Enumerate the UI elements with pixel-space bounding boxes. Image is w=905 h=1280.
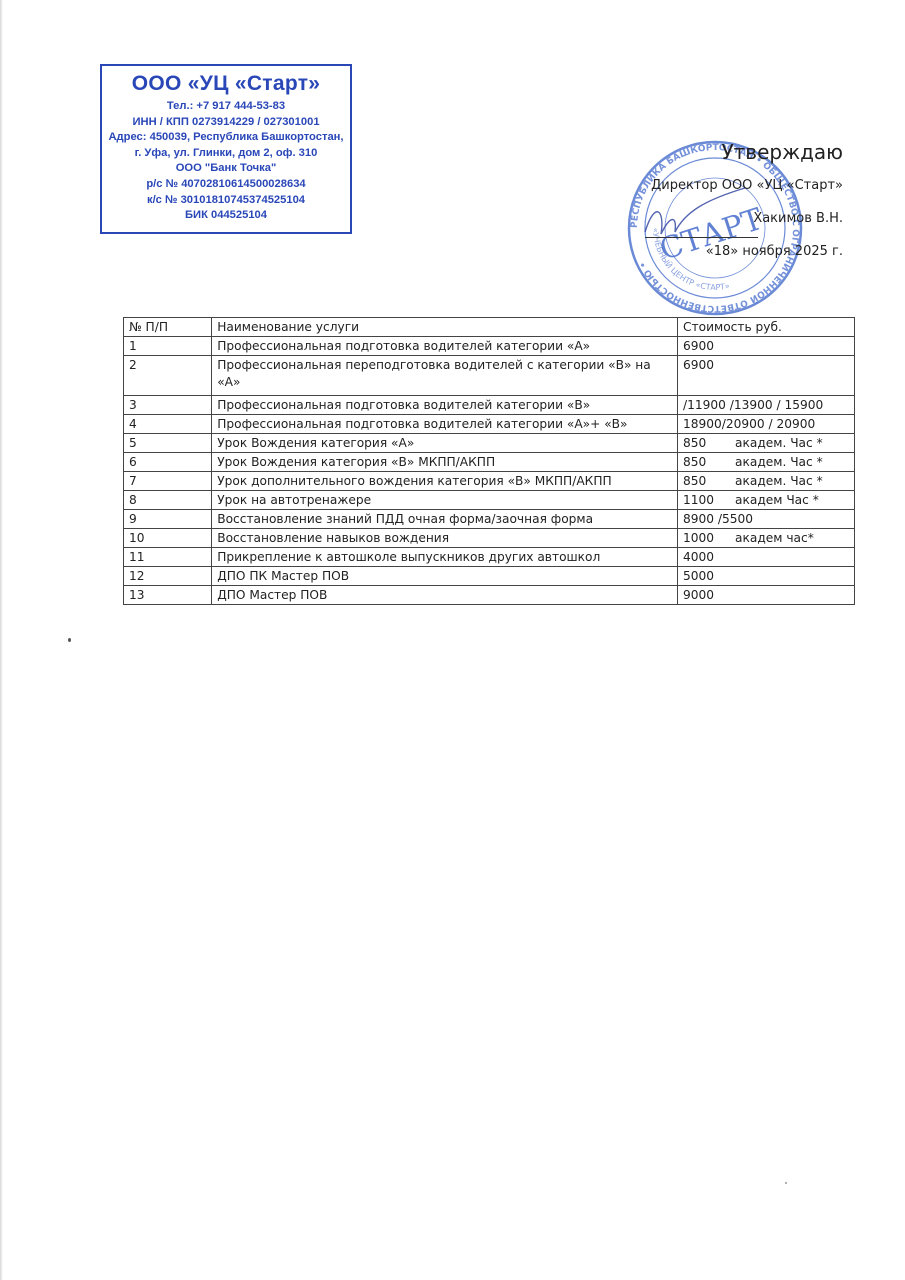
page-edge: [0, 0, 3, 1280]
row-number: 2: [124, 356, 212, 396]
header-number: № П/П: [124, 318, 212, 337]
price-unit: академ. Час *: [735, 454, 823, 471]
row-service: Урок Вождения категория «А»: [212, 434, 678, 453]
price-value: 6900: [683, 357, 727, 374]
company-address-1: Адрес: 450039, Республика Башкортостан,: [102, 130, 350, 146]
table-row: 12 ДПО ПК Мастер ПОВ 5000: [124, 567, 855, 586]
table-row: 13 ДПО Мастер ПОВ 9000: [124, 586, 855, 605]
company-bank: ООО "Банк Точка": [102, 161, 350, 177]
row-number: 1: [124, 337, 212, 356]
price-value: 18900/20900 / 20900: [683, 416, 815, 433]
company-name: ООО «УЦ «Старт»: [102, 72, 350, 96]
row-price: 6900: [678, 356, 855, 396]
row-number: 13: [124, 586, 212, 605]
table-row: 7 Урок дополнительного вождения категори…: [124, 472, 855, 491]
company-account: р/с № 40702810614500028634: [102, 177, 350, 193]
row-price: 9000: [678, 586, 855, 605]
row-number: 7: [124, 472, 212, 491]
row-service: Урок на автотренажере: [212, 491, 678, 510]
row-number: 10: [124, 529, 212, 548]
row-service: Восстановление навыков вождения: [212, 529, 678, 548]
table-row: 9 Восстановление знаний ПДД очная форма/…: [124, 510, 855, 529]
table-row: 11 Прикрепление к автошколе выпускников …: [124, 548, 855, 567]
row-number: 4: [124, 415, 212, 434]
row-service: Прикрепление к автошколе выпускников дру…: [212, 548, 678, 567]
header-service: Наименование услуги: [212, 318, 678, 337]
price-unit: академ. Час *: [735, 473, 823, 490]
row-price: 1000академ час*: [678, 529, 855, 548]
price-value: 1000: [683, 530, 727, 547]
row-price: 1100академ Час *: [678, 491, 855, 510]
price-unit: академ. Час *: [735, 435, 823, 452]
row-number: 8: [124, 491, 212, 510]
signature-line: [645, 237, 758, 238]
row-number: 12: [124, 567, 212, 586]
company-address-2: г. Уфа, ул. Глинки, дом 2, оф. 310: [102, 146, 350, 162]
row-number: 3: [124, 396, 212, 415]
company-stamp: ООО «УЦ «Старт» Тел.: +7 917 444-53-83 И…: [100, 64, 352, 234]
price-value: 9000: [683, 587, 727, 604]
row-number: 6: [124, 453, 212, 472]
approval-date: «18» ноября 2025 г.: [651, 244, 843, 259]
row-price: 8900 /5500: [678, 510, 855, 529]
row-service: Урок Вождения категория «В» МКПП/АКПП: [212, 453, 678, 472]
price-value: 850: [683, 435, 727, 452]
director-position: Директор ООО «УЦ «Старт»: [651, 178, 843, 193]
company-phone: Тел.: +7 917 444-53-83: [102, 99, 350, 115]
signatory-name: Хакимов В.Н.: [651, 211, 843, 226]
price-value: 850: [683, 473, 727, 490]
scan-speck: [68, 638, 71, 642]
price-unit: академ час*: [735, 530, 814, 547]
row-service: ДПО Мастер ПОВ: [212, 586, 678, 605]
price-table: № П/П Наименование услуги Стоимость руб.…: [123, 317, 855, 605]
row-price: 5000: [678, 567, 855, 586]
table-header-row: № П/П Наименование услуги Стоимость руб.: [124, 318, 855, 337]
header-price: Стоимость руб.: [678, 318, 855, 337]
row-service: Профессиональная подготовка водителей ка…: [212, 396, 678, 415]
table-row: 10 Восстановление навыков вождения 1000а…: [124, 529, 855, 548]
row-price: 850академ. Час *: [678, 453, 855, 472]
table-row: 2 Профессиональная переподготовка водите…: [124, 356, 855, 396]
approval-heading: Утверждаю: [651, 140, 843, 164]
price-value: 6900: [683, 338, 727, 355]
company-bik: БИК 044525104: [102, 208, 350, 224]
table-row: 4 Профессиональная подготовка водителей …: [124, 415, 855, 434]
row-price: 18900/20900 / 20900: [678, 415, 855, 434]
table-row: 8 Урок на автотренажере 1100академ Час *: [124, 491, 855, 510]
scan-speck: [785, 1182, 787, 1184]
company-inn-kpp: ИНН / КПП 0273914229 / 027301001: [102, 115, 350, 131]
row-service: ДПО ПК Мастер ПОВ: [212, 567, 678, 586]
row-number: 9: [124, 510, 212, 529]
price-value: 850: [683, 454, 727, 471]
row-price: 6900: [678, 337, 855, 356]
price-value: 1100: [683, 492, 727, 509]
price-value: 8900 /5500: [683, 511, 753, 528]
table-row: 6 Урок Вождения категория «В» МКПП/АКПП …: [124, 453, 855, 472]
row-number: 5: [124, 434, 212, 453]
price-unit: академ Час *: [735, 492, 819, 509]
row-service: Восстановление знаний ПДД очная форма/за…: [212, 510, 678, 529]
row-service: Профессиональная подготовка водителей ка…: [212, 337, 678, 356]
row-service: Урок дополнительного вождения категория …: [212, 472, 678, 491]
row-price: 850академ. Час *: [678, 434, 855, 453]
table-row: 3 Профессиональная подготовка водителей …: [124, 396, 855, 415]
row-service: Профессиональная подготовка водителей ка…: [212, 415, 678, 434]
company-corr-account: к/с № 30101810745374525104: [102, 193, 350, 209]
table-row: 5 Урок Вождения категория «А» 850академ.…: [124, 434, 855, 453]
price-value: 4000: [683, 549, 727, 566]
row-number: 11: [124, 548, 212, 567]
row-price: /11900 /13900 / 15900: [678, 396, 855, 415]
row-service: Профессиональная переподготовка водителе…: [212, 356, 678, 396]
price-value: 5000: [683, 568, 727, 585]
table-row: 1 Профессиональная подготовка водителей …: [124, 337, 855, 356]
price-value: /11900 /13900 / 15900: [683, 397, 823, 414]
row-price: 4000: [678, 548, 855, 567]
row-price: 850академ. Час *: [678, 472, 855, 491]
approval-block: Утверждаю Директор ООО «УЦ «Старт» Хаким…: [651, 140, 843, 277]
